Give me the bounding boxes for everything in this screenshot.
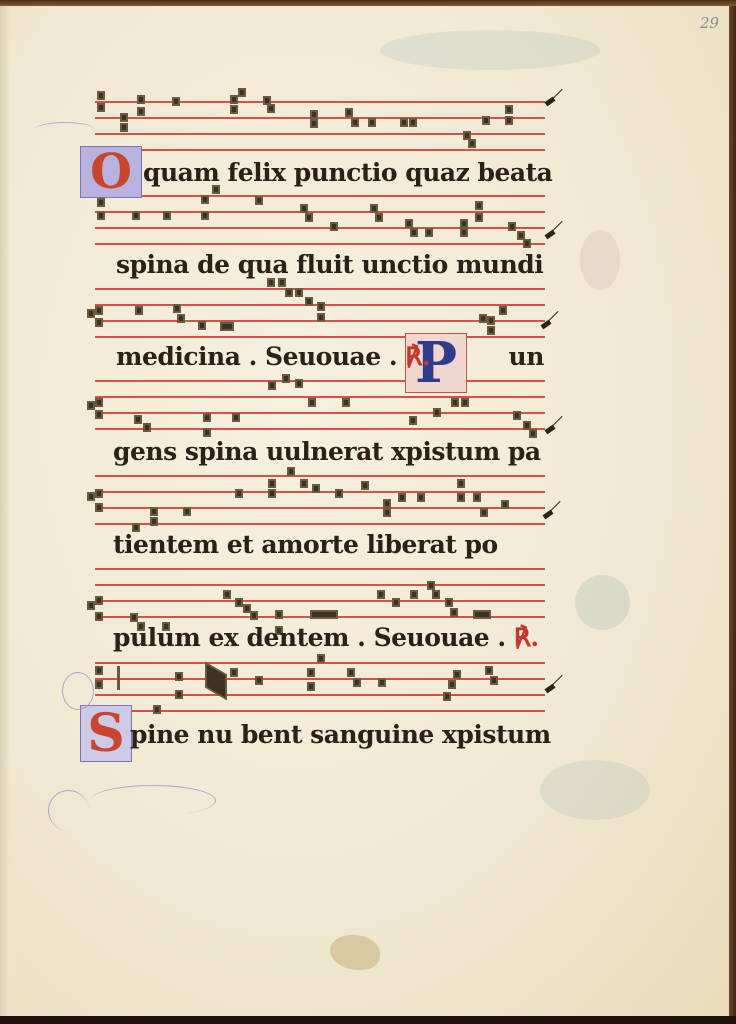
lyric-line-3: medicina . Seuouae . ℟. un [116,342,544,371]
show-through-decoration [580,230,620,290]
lyric-line-2: spina de qua fluit unctio mundi [116,250,543,279]
show-through-decoration [380,30,600,70]
folio-number: 29 [700,14,719,32]
initial-letter: S [87,708,125,760]
show-through-decoration [575,575,630,630]
pen-flourish [48,790,89,831]
lyric-line-4: gens spina uulnerat xpistum pa [113,437,541,466]
pen-flourish [90,785,216,816]
initial-letter: O [90,148,132,196]
responsory-mark: ℟. [514,623,539,652]
responsory-mark: ℟. [405,342,430,371]
show-through-decoration [540,760,650,820]
book-fore-edge [729,6,736,1018]
music-staff-2 [95,195,545,245]
decorated-initial-o: O [80,146,142,198]
lyric-line-1: quam felix punctio quaz beata [143,158,552,187]
music-staff-3 [95,288,545,338]
lyric-line-5: tientem et amorte liberat po [113,530,498,559]
lyric-line-6: pulum ex dentem . Seuouae . ℟. [113,623,539,652]
music-staff-4 [95,380,545,430]
music-staff-6 [95,568,545,618]
book-gutter [0,6,9,1018]
music-staff-1 [95,101,545,151]
decorated-initial-s: S [80,705,132,762]
book-bottom-edge [0,1016,736,1024]
music-staff-5 [95,475,545,525]
pen-flourish [35,122,95,137]
pen-flourish [62,672,94,710]
lyric-line-7: pine nu bent sanguine xpistum [130,720,551,749]
music-staff-7 [95,662,545,712]
